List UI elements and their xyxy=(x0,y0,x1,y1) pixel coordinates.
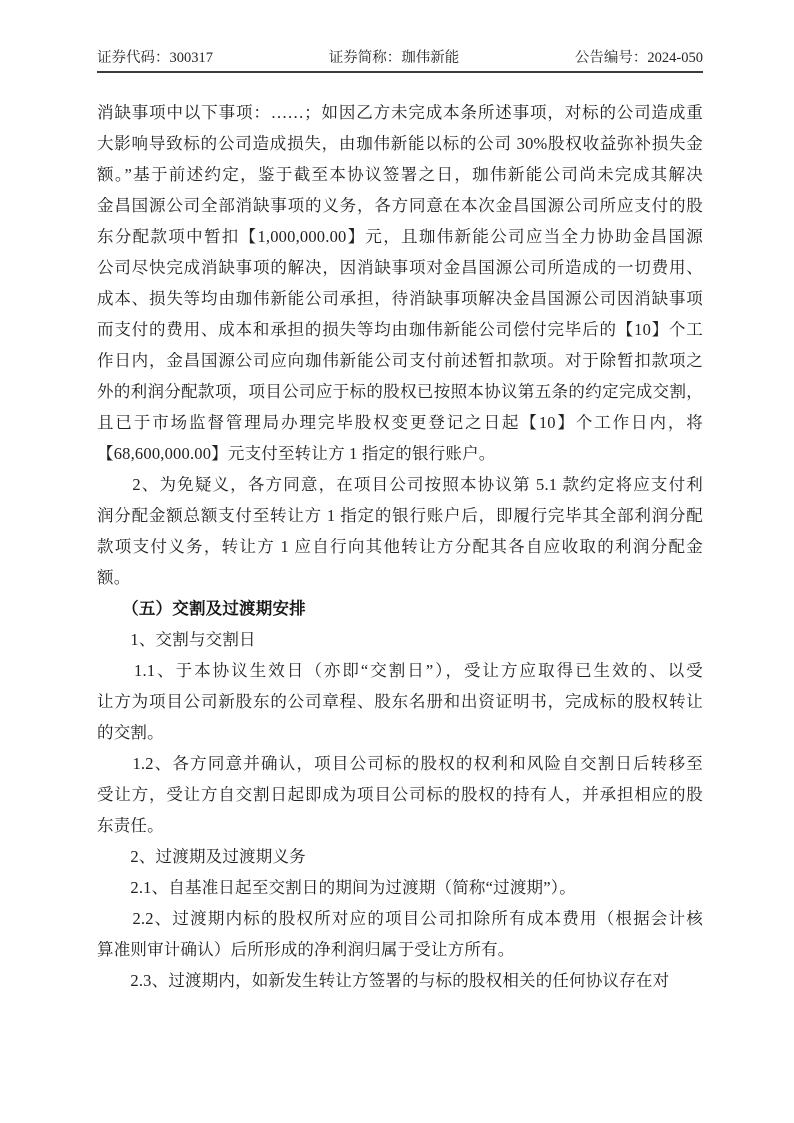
text-line: （五）交割及过渡期安排 xyxy=(97,593,703,624)
text-line: 1、交割与交割日 xyxy=(97,624,703,655)
section-heading: （五）交割及过渡期安排 xyxy=(97,593,703,624)
text-line: 让方为项目公司新股东的公司章程、股东名册和出资证明书，完成标的股权转让 xyxy=(97,686,703,717)
paragraph: 2、过渡期及过渡期义务 xyxy=(97,841,703,872)
paragraph: 1.2、各方同意并确认，项目公司标的股权的权利和风险自交割日后转移至受让方，受让… xyxy=(97,748,703,841)
text-line: 而支付的费用、成本和承担的损失等均由珈伟新能公司偿付完毕后的【10】个工 xyxy=(97,314,703,345)
text-line: 消缺事项中以下事项：……；如因乙方未完成本条所述事项，对标的公司造成重 xyxy=(97,97,703,128)
text-line: 的交割。 xyxy=(97,717,703,748)
document-header: 证券代码：300317 证券简称：珈伟新能 公告编号：2024-050 xyxy=(97,46,703,67)
document-body: 消缺事项中以下事项：……；如因乙方未完成本条所述事项，对标的公司造成重大影响导致… xyxy=(97,97,703,996)
paragraph: 2、为免疑义，各方同意，在项目公司按照本协议第 5.1 款约定将应支付利润分配金… xyxy=(97,469,703,593)
text-line: 2、为免疑义，各方同意，在项目公司按照本协议第 5.1 款约定将应支付利 xyxy=(97,469,703,500)
text-line: 【68,600,000.00】元支付至转让方 1 指定的银行账户。 xyxy=(97,438,703,469)
paragraph: 1.1、于本协议生效日（亦即“交割日”），受让方应取得已生效的、以受让方为项目公… xyxy=(97,655,703,748)
text-line: 东责任。 xyxy=(97,810,703,841)
text-line: 且已于市场监督管理局办理完毕股权变更登记之日起【10】个工作日内，将 xyxy=(97,407,703,438)
paragraph: 2.1、自基准日起至交割日的期间为过渡期（简称“过渡期”）。 xyxy=(97,872,703,903)
text-line: 金昌国源公司全部消缺事项的义务，各方同意在本次金昌国源公司所应支付的股 xyxy=(97,190,703,221)
text-line: 受让方，受让方自交割日起即成为项目公司标的股权的持有人，并承担相应的股 xyxy=(97,779,703,810)
paragraph: 消缺事项中以下事项：……；如因乙方未完成本条所述事项，对标的公司造成重大影响导致… xyxy=(97,97,703,469)
text-line: 2.3、过渡期内，如新发生转让方签署的与标的股权相关的任何协议存在对 xyxy=(97,965,703,996)
security-code: 证券代码：300317 xyxy=(97,46,213,67)
text-line: 1.1、于本协议生效日（亦即“交割日”），受让方应取得已生效的、以受 xyxy=(97,655,703,686)
text-line: 润分配金额总额支付至转让方 1 指定的银行账户后，即履行完毕其全部利润分配 xyxy=(97,500,703,531)
announcement-number: 公告编号：2024-050 xyxy=(575,46,703,67)
text-line: 东分配款项中暂扣【1,000,000.00】元，且珈伟新能公司应当全力协助金昌国… xyxy=(97,221,703,252)
text-line: 大影响导致标的公司造成损失，由珈伟新能以标的公司 30%股权收益弥补损失金 xyxy=(97,128,703,159)
document-page: 证券代码：300317 证券简称：珈伟新能 公告编号：2024-050 消缺事项… xyxy=(0,0,794,1123)
security-name: 证券简称：珈伟新能 xyxy=(329,46,460,67)
text-line: 算准则审计确认）后所形成的净利润归属于受让方所有。 xyxy=(97,934,703,965)
text-line: 作日内，金昌国源公司应向珈伟新能公司支付前述暂扣款项。对于除暂扣款项之 xyxy=(97,345,703,376)
text-line: 外的利润分配款项，项目公司应于标的股权已按照本协议第五条的约定完成交割， xyxy=(97,376,703,407)
header-divider-line xyxy=(97,71,703,73)
text-line: 2.1、自基准日起至交割日的期间为过渡期（简称“过渡期”）。 xyxy=(97,872,703,903)
text-line: 成本、损失等均由珈伟新能公司承担，待消缺事项解决金昌国源公司因消缺事项 xyxy=(97,283,703,314)
paragraph: 2.3、过渡期内，如新发生转让方签署的与标的股权相关的任何协议存在对 xyxy=(97,965,703,996)
text-line: 款项支付义务，转让方 1 应自行向其他转让方分配其各自应收取的利润分配金 xyxy=(97,531,703,562)
paragraph: 2.2、过渡期内标的股权所对应的项目公司扣除所有成本费用（根据会计核算准则审计确… xyxy=(97,903,703,965)
text-line: 2.2、过渡期内标的股权所对应的项目公司扣除所有成本费用（根据会计核 xyxy=(97,903,703,934)
text-line: 额。”基于前述约定，鉴于截至本协议签署之日，珈伟新能公司尚未完成其解决 xyxy=(97,159,703,190)
text-line: 1.2、各方同意并确认，项目公司标的股权的权利和风险自交割日后转移至 xyxy=(97,748,703,779)
text-line: 额。 xyxy=(97,562,703,593)
text-line: 2、过渡期及过渡期义务 xyxy=(97,841,703,872)
paragraph: 1、交割与交割日 xyxy=(97,624,703,655)
text-line: 公司尽快完成消缺事项的解决，因消缺事项对金昌国源公司所造成的一切费用、 xyxy=(97,252,703,283)
